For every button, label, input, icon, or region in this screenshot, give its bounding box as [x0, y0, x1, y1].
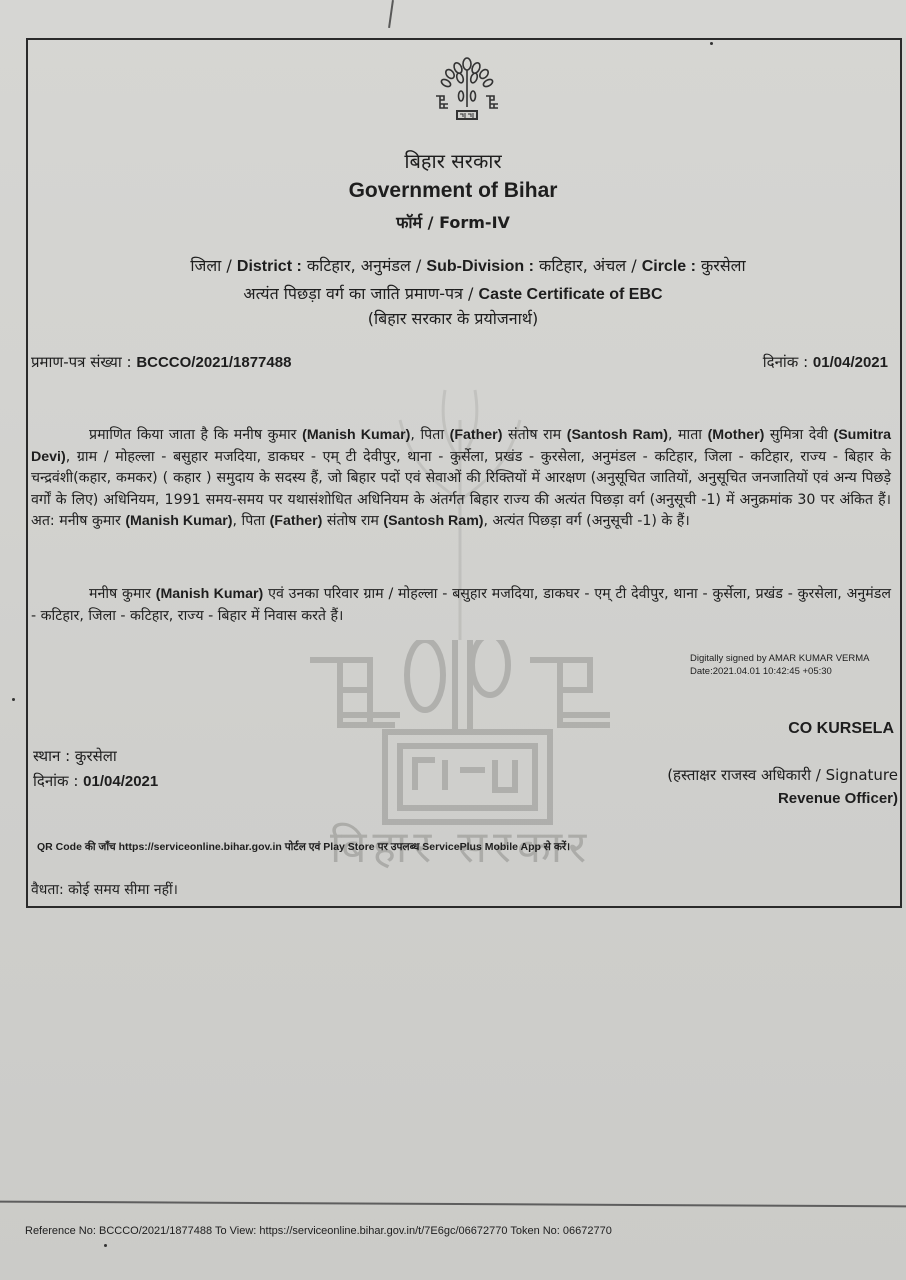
reference-line: Reference No: BCCCO/2021/1877488 To View… [25, 1225, 612, 1237]
text-segment: मनीष कुमार [89, 586, 156, 602]
issue-date-value: 01/04/2021 [83, 773, 158, 790]
paper-speck [104, 1244, 107, 1247]
digital-signature-date: Date:2021.04.01 10:42:45 +05:30 [690, 665, 870, 678]
digital-signature-signer: Digitally signed by AMAR KUMAR VERMA [690, 652, 870, 665]
footer-divider [0, 1201, 906, 1208]
certificate-date: दिनांक : 01/04/2021 [763, 352, 888, 372]
text-segment: सुमित्रा देवी [764, 427, 833, 443]
issue-date-label: दिनांक : [33, 772, 83, 790]
place-value: कुरसेला [75, 747, 117, 765]
text-segment: , अत्यंत पिछड़ा वर्ग (अनुसूची -1) के हैं… [484, 513, 690, 529]
district-line: जिला / District : कटिहार, अनुमंडल / Sub-… [30, 254, 906, 276]
certificate-body-paragraph: प्रमाणित किया जाता है कि मनीष कुमार (Man… [31, 425, 891, 533]
certificate-number-value: BCCCO/2021/1877488 [136, 354, 291, 371]
father-name: (Santosh Ram) [567, 427, 668, 443]
certificate-number: प्रमाण-पत्र संख्या : BCCCO/2021/1877488 [31, 352, 291, 372]
signature-title-line2: Revenue Officer) [667, 787, 898, 810]
father-name: (Santosh Ram) [383, 513, 483, 529]
paper-speck [710, 42, 713, 45]
father-label: (Father) [270, 513, 323, 529]
applicant-name: (Manish Kumar) [302, 427, 410, 443]
text-segment: , माता [668, 427, 708, 443]
certificate-purpose: (बिहार सरकार के प्रयोजनार्थ) [0, 307, 906, 329]
applicant-name: (Manish Kumar) [156, 586, 264, 602]
circle-label: Circle : [642, 258, 696, 275]
text-segment: संतोष राम [502, 427, 566, 443]
certificate-date-label: दिनांक : [763, 353, 813, 371]
issue-date-line: दिनांक : 01/04/2021 [33, 769, 158, 794]
subdivision-label: Sub-Division : [426, 258, 534, 275]
digital-signature: Digitally signed by AMAR KUMAR VERMA Dat… [690, 652, 870, 678]
place-line: स्थान : कुरसेला [33, 744, 158, 769]
text-segment: , पिता [233, 513, 270, 529]
signature-title-line1: (हस्ताक्षर राजस्व अधिकारी / Signature [667, 764, 898, 787]
text-segment: प्रमाणित किया जाता है कि मनीष कुमार [89, 427, 302, 443]
subdivision-value: कटिहार, अंचल / [534, 256, 642, 275]
signature-title: (हस्ताक्षर राजस्व अधिकारी / Signature Re… [667, 764, 898, 810]
certificate-number-label: प्रमाण-पत्र संख्या : [31, 353, 136, 371]
bihar-emblem-icon [430, 52, 505, 127]
signing-office: CO KURSELA [788, 720, 894, 738]
place-label: स्थान : [33, 747, 75, 765]
certificate-title-english: Caste Certificate of EBC [479, 286, 663, 303]
certificate-title: अत्यंत पिछड़ा वर्ग का जाति प्रमाण-पत्र /… [0, 282, 906, 304]
paper-speck [12, 698, 15, 701]
text-segment: , पिता [410, 427, 449, 443]
place-date-block: स्थान : कुरसेला दिनांक : 01/04/2021 [33, 744, 158, 794]
validity-note: वैधता: कोई समय सीमा नहीं। [31, 880, 178, 899]
header-english-title: Government of Bihar [0, 179, 906, 203]
certificate-date-value: 01/04/2021 [813, 354, 888, 371]
mother-label: (Mother) [708, 427, 765, 443]
paper-crease [388, 0, 394, 28]
district-value: कटिहार, अनुमंडल / [302, 256, 427, 275]
text-segment: संतोष राम [322, 513, 383, 529]
form-label: फॉर्म / Form-IV [0, 211, 906, 233]
district-label-hindi: जिला / [190, 256, 237, 275]
header-hindi-title: बिहार सरकार [0, 147, 906, 174]
circle-value: कुरसेला [696, 256, 746, 275]
residence-paragraph: मनीष कुमार (Manish Kumar) एवं उनका परिवा… [31, 584, 891, 627]
certificate-title-hindi: अत्यंत पिछड़ा वर्ग का जाति प्रमाण-पत्र / [243, 284, 478, 303]
district-label: District : [237, 258, 302, 275]
father-label: (Father) [450, 427, 503, 443]
applicant-name: (Manish Kumar) [125, 513, 232, 529]
qr-verification-note: QR Code की जाँच https://serviceonline.bi… [37, 838, 597, 856]
